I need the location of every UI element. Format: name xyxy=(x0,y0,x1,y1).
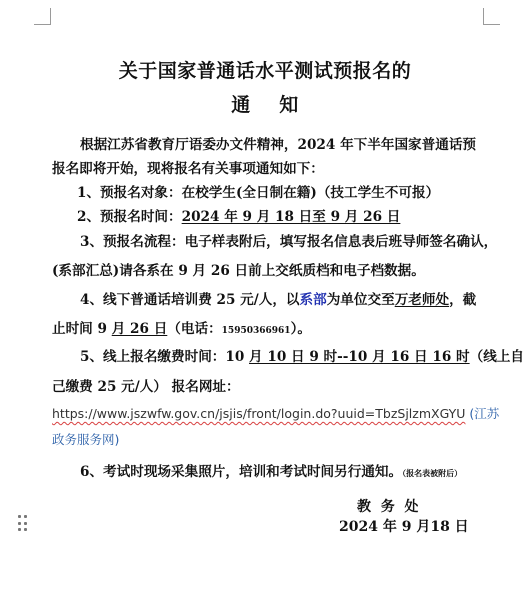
document-title: 关于国家普通话水平测试预报名的 xyxy=(0,56,530,83)
issuer-office: 教 务 处 xyxy=(357,496,419,516)
item-6-notice: 6、考试时现场采集照片，培训和考试时间另行通知。（报名表被附后） xyxy=(80,460,462,480)
item-6-text: 6、考试时现场采集照片，培训和考试时间另行通知。 xyxy=(80,464,402,480)
intro-paragraph-line1: 根据江苏省教育厅语委办文件精神，2024 年下半年国家普通话预 xyxy=(80,133,476,153)
document-subtitle: 通 知 xyxy=(0,90,530,117)
item-4-text-post: ，截 xyxy=(449,292,476,308)
department-highlight: 系部 xyxy=(300,292,327,308)
item-5-online-line1: 5、线上报名缴费时间：10 月 10 日 9 时--10 月 16 日 16 时… xyxy=(80,345,524,365)
item-4-fee-line2: 止时间 9 月 26 日（电话：15950366961）。 xyxy=(52,317,311,337)
phone-number: 15950366961 xyxy=(222,326,291,336)
url-site-name-line2: 政务服务网) xyxy=(52,430,119,448)
intro-paragraph-line2: 报名即将开始，现将报名有关事项通知如下： xyxy=(52,157,324,177)
item-4-text-mid: 为单位交至 xyxy=(327,292,395,308)
item-3-process-line1: 3、预报名流程：电子样表附后，填写报名信息表后班导师签名确认， xyxy=(80,230,497,250)
url-site-name-cont: 政务服务网) xyxy=(52,432,119,447)
registration-url-line: https://www.jszwfw.gov.cn/jsjis/front/lo… xyxy=(52,404,499,422)
page-corner-marker-top-right xyxy=(483,8,500,25)
registration-url-link[interactable]: https://www.jszwfw.gov.cn/jsjis/front/lo… xyxy=(52,406,465,421)
phone-close: ）。 xyxy=(291,321,311,337)
item-1-target: 1、预报名对象：在校学生(全日制在籍)（技工学生不可报） xyxy=(77,181,439,201)
deadline-text: 止时间 9 xyxy=(52,321,112,337)
item-6-note: （报名表被附后） xyxy=(402,468,462,478)
item-4-fee-line1: 4、线下普通话培训费 25 元/人，以系部为单位交至万老师处，截 xyxy=(80,288,476,308)
phone-label: （电话： xyxy=(167,321,221,337)
online-payment-time-range: 月 10 日 9 时--10 月 16 日 16 时 xyxy=(249,349,470,365)
drag-handle-icon[interactable] xyxy=(18,515,28,533)
item-2-time: 2、预报名时间：2024 年 9 月 18 日至 9 月 26 日 xyxy=(77,205,400,225)
item-5-label: 5、线上报名缴费时间：10 xyxy=(80,349,249,365)
item-3-process-line2: (系部汇总)请各系在 9 月 26 日前上交纸质档和电子档数据。 xyxy=(52,259,425,279)
item-2-date-range: 2024 年 9 月 18 日至 9 月 26 日 xyxy=(182,209,401,225)
item-5-text-post: （线上自 xyxy=(470,349,524,365)
page-corner-marker-top-left xyxy=(34,8,51,25)
issue-date: 2024 年 9 月18 日 xyxy=(339,516,469,536)
item-5-online-line2: 己缴费 25 元/人） 报名网址： xyxy=(52,375,240,395)
teacher-location: 万老师处 xyxy=(395,292,449,308)
url-site-name: (江苏 xyxy=(465,406,499,421)
item-4-text: 4、线下普通话培训费 25 元/人，以 xyxy=(80,292,300,308)
deadline-date: 月 26 日 xyxy=(112,321,168,337)
item-2-label: 2、预报名时间： xyxy=(77,209,182,225)
